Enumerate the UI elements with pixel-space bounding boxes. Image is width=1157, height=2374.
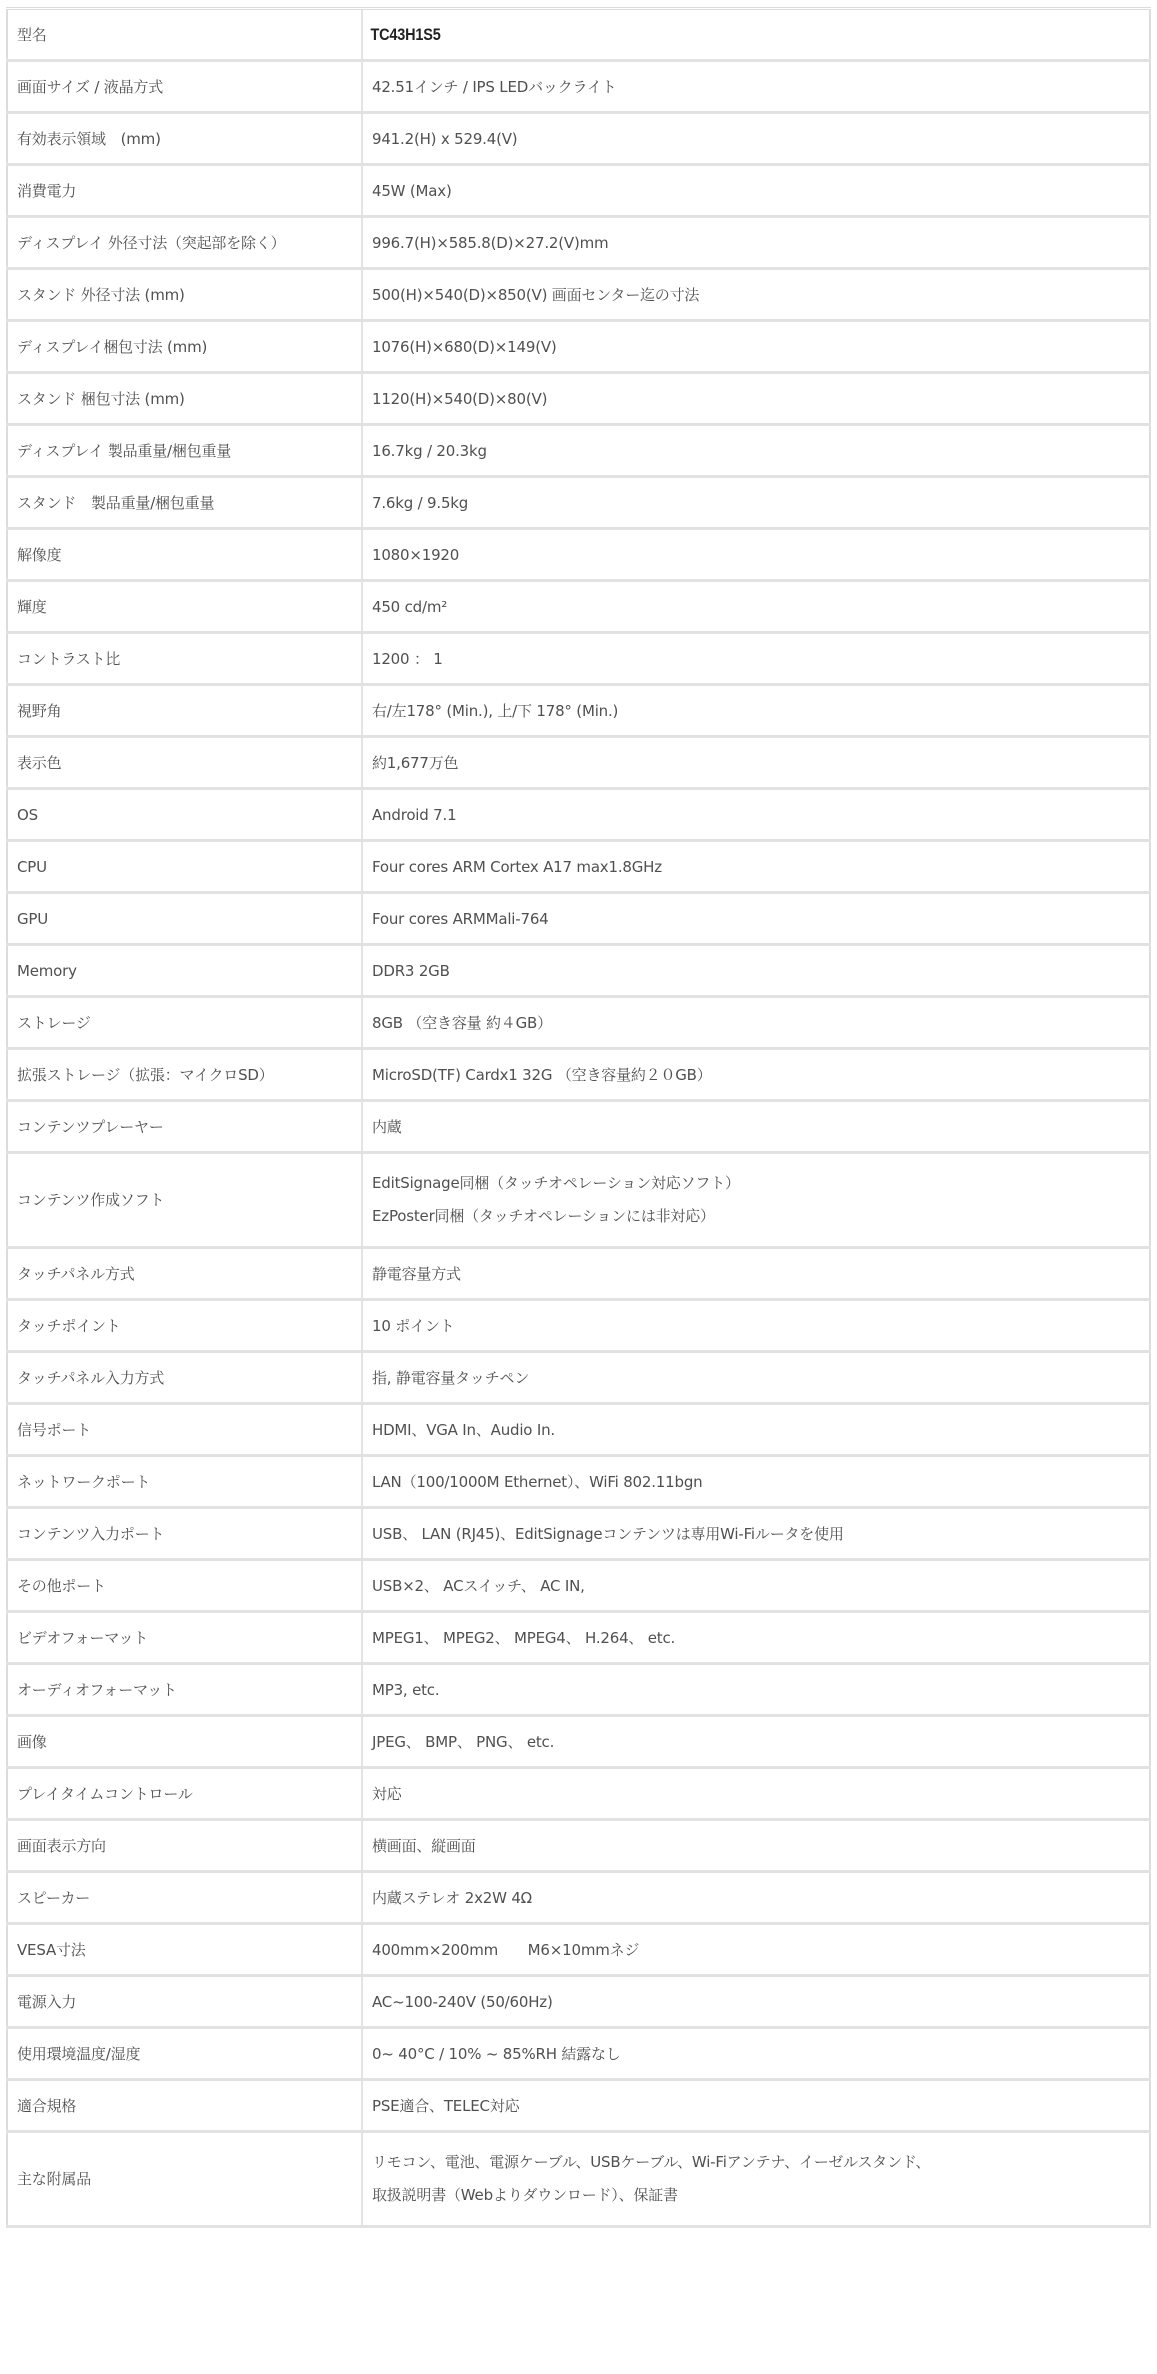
spec-value: リモコン、電池、電源ケーブル、USBケーブル、Wi-Fiアンテナ、イーゼルスタン… [372,2146,1140,2179]
spec-value-cell: 500(H)×540(D)×850(V) 画面センター迄の寸法 [362,269,1150,321]
spec-value: AC~100-240V (50/60Hz) [372,1993,553,2011]
spec-row: 使用環境温度/湿度0~ 40°C / 10% ~ 85%RH 結露なし [7,2028,1150,2080]
spec-value: 400mm×200mm M6×10mmネジ [372,1941,639,1959]
spec-value: 取扱説明書（Webよりダウンロード）、保証書 [372,2179,1140,2212]
spec-value-cell: TC43H1S5 [362,9,1032,61]
spec-value-cell: 約1,677万色 [362,737,1150,789]
spec-label: スピーカー [7,1872,362,1924]
spec-value: 1076(H)×680(D)×149(V) [372,338,557,356]
spec-label: 表示色 [7,737,362,789]
spec-row: コンテンツ入力ポートUSB、 LAN (RJ45)、EditSignageコンテ… [7,1508,1150,1560]
spec-value-cell: USB、 LAN (RJ45)、EditSignageコンテンツは専用Wi-Fi… [362,1508,1150,1560]
spec-row: 消費電力45W (Max) [7,165,1150,217]
spec-value-cell: 内蔵 [362,1101,1150,1153]
spec-value-cell: MPEG1、 MPEG2、 MPEG4、 H.264、 etc. [362,1612,1150,1664]
spec-value: 指, 静電容量タッチペン [372,1369,529,1387]
spec-value-cell: Android 7.1 [362,789,1150,841]
spec-value: 対応 [372,1785,402,1803]
spec-row: オーディオフォーマットMP3, etc. [7,1664,1150,1716]
spec-value: 10 ポイント [372,1317,454,1335]
spec-label: GPU [7,893,362,945]
spec-row: コンテンツ作成ソフトEditSignage同梱（タッチオペレーション対応ソフト）… [7,1153,1150,1248]
spec-value: LAN（100/1000M Ethernet）、WiFi 802.11bgn [372,1473,702,1491]
spec-row: GPUFour cores ARMMali-764 [7,893,1150,945]
spec-label: ディスプレイ 外径寸法（突起部を除く） [7,217,362,269]
spec-value: 1120(H)×540(D)×80(V) [372,390,547,408]
spec-row: ストレージ8GB （空き容量 約４GB） [7,997,1150,1049]
spec-label: VESA寸法 [7,1924,362,1976]
spec-label: 使用環境温度/湿度 [7,2028,362,2080]
spec-value-cell: 10 ポイント [362,1300,1150,1352]
spec-label: コンテンツ作成ソフト [7,1153,362,1248]
spec-value-cell: 内蔵ステレオ 2x2W 4Ω [362,1872,1150,1924]
spec-label: スタンド 梱包寸法 (mm) [7,373,362,425]
spec-label: 解像度 [7,529,362,581]
spec-label: 信号ポート [7,1404,362,1456]
spec-label: ディスプレイ梱包寸法 (mm) [7,321,362,373]
spec-value-cell: 1076(H)×680(D)×149(V) [362,321,1150,373]
spec-table-container: 型名TC43H1S5画面サイズ / 液晶方式42.51インチ / IPS LED… [6,7,1151,2228]
spec-value: 450 cd/m² [372,598,447,616]
spec-label: 型名 [7,9,362,61]
spec-value: JPEG、 BMP、 PNG、 etc. [372,1733,554,1751]
spec-label: CPU [7,841,362,893]
spec-row: VESA寸法400mm×200mm M6×10mmネジ [7,1924,1150,1976]
spec-label: 画面表示方向 [7,1820,362,1872]
spec-value: 約1,677万色 [372,754,458,772]
spec-value-cell: AC~100-240V (50/60Hz) [362,1976,1150,2028]
spec-value-cell: リモコン、電池、電源ケーブル、USBケーブル、Wi-Fiアンテナ、イーゼルスタン… [362,2132,1150,2227]
spec-value-cell: Four cores ARM Cortex A17 max1.8GHz [362,841,1150,893]
spec-row: 画面サイズ / 液晶方式42.51インチ / IPS LEDバックライト [7,61,1150,113]
spec-value: USB、 LAN (RJ45)、EditSignageコンテンツは専用Wi-Fi… [372,1525,844,1543]
spec-label: コンテンツ入力ポート [7,1508,362,1560]
spec-row: タッチパネル入力方式指, 静電容量タッチペン [7,1352,1150,1404]
spec-value: 42.51インチ / IPS LEDバックライト [372,78,616,96]
spec-label: ビデオフォーマット [7,1612,362,1664]
spec-label: 拡張ストレージ（拡張：マイクロSD） [7,1049,362,1101]
spec-value: MP3, etc. [372,1681,439,1699]
spec-value: 1080×1920 [372,546,459,564]
spec-value-cell: Four cores ARMMali-764 [362,893,1150,945]
spec-row: 輝度450 cd/m² [7,581,1150,633]
spec-value: DDR3 2GB [372,962,450,980]
spec-value-cell: 1200 ： 1 [362,633,1150,685]
spec-label: ディスプレイ 製品重量/梱包重量 [7,425,362,477]
spec-row: スピーカー内蔵ステレオ 2x2W 4Ω [7,1872,1150,1924]
spec-value-cell: MP3, etc. [362,1664,1150,1716]
spec-value-cell: 45W (Max) [362,165,1150,217]
spec-value-cell: JPEG、 BMP、 PNG、 etc. [362,1716,1150,1768]
spec-value: MicroSD(TF) Cardx1 32G （空き容量約２０GB） [372,1066,712,1084]
spec-row: 主な附属品リモコン、電池、電源ケーブル、USBケーブル、Wi-Fiアンテナ、イー… [7,2132,1150,2227]
spec-label: 適合規格 [7,2080,362,2132]
spec-value-cell: USB×2、 ACスイッチ、 AC IN, [362,1560,1150,1612]
spec-value-cell: 指, 静電容量タッチペン [362,1352,1150,1404]
spec-row: タッチパネル方式静電容量方式 [7,1248,1150,1300]
spec-value: 静電容量方式 [372,1265,461,1283]
spec-value: 500(H)×540(D)×850(V) 画面センター迄の寸法 [372,286,699,304]
spec-value: Android 7.1 [372,806,456,824]
spec-label: コントラスト比 [7,633,362,685]
spec-row: ディスプレイ梱包寸法 (mm)1076(H)×680(D)×149(V) [7,321,1150,373]
spec-label: 輝度 [7,581,362,633]
spec-value: 内蔵 [372,1118,402,1136]
spec-row: スタンド 梱包寸法 (mm)1120(H)×540(D)×80(V) [7,373,1150,425]
spec-label: ネットワークポート [7,1456,362,1508]
spec-value: Four cores ARM Cortex A17 max1.8GHz [372,858,662,876]
spec-label: タッチポイント [7,1300,362,1352]
spec-row: ビデオフォーマットMPEG1、 MPEG2、 MPEG4、 H.264、 etc… [7,1612,1150,1664]
spec-value: 7.6kg / 9.5kg [372,494,468,512]
spec-value-cell: 7.6kg / 9.5kg [362,477,1150,529]
spec-row: プレイタイムコントロール対応 [7,1768,1150,1820]
spec-value-cell: 42.51インチ / IPS LEDバックライト [362,61,1150,113]
spec-value-cell: 8GB （空き容量 約４GB） [362,997,1150,1049]
spec-value: Four cores ARMMali-764 [372,910,549,928]
spec-value: EzPoster同梱（タッチオペレーションには非対応） [372,1200,1140,1233]
spec-value: HDMI、VGA In、Audio In. [372,1421,555,1439]
spec-value: 996.7(H)×585.8(D)×27.2(V)mm [372,234,608,252]
spec-value-cell: 941.2(H) x 529.4(V) [362,113,1150,165]
spec-row: 拡張ストレージ（拡張：マイクロSD）MicroSD(TF) Cardx1 32G… [7,1049,1150,1101]
spec-value: USB×2、 ACスイッチ、 AC IN, [372,1577,585,1595]
spec-row: スタンド 製品重量/梱包重量7.6kg / 9.5kg [7,477,1150,529]
spec-value: 右/左178° (Min.), 上/下 178° (Min.) [372,702,618,720]
spec-value-cell: 450 cd/m² [362,581,1150,633]
spec-label: OS [7,789,362,841]
spec-label: タッチパネル方式 [7,1248,362,1300]
spec-value-cell: 996.7(H)×585.8(D)×27.2(V)mm [362,217,1150,269]
spec-label: その他ポート [7,1560,362,1612]
spec-row: ディスプレイ 製品重量/梱包重量16.7kg / 20.3kg [7,425,1150,477]
spec-value: 1200 ： 1 [372,650,443,668]
spec-value-cell: 対応 [362,1768,1150,1820]
spec-label: 視野角 [7,685,362,737]
spec-row: コンテンツプレーヤー内蔵 [7,1101,1150,1153]
spec-row: 表示色約1,677万色 [7,737,1150,789]
spec-value: 45W (Max) [372,182,452,200]
spec-row: タッチポイント10 ポイント [7,1300,1150,1352]
spec-table-body: 型名TC43H1S5画面サイズ / 液晶方式42.51インチ / IPS LED… [7,9,1150,2227]
spec-label: ストレージ [7,997,362,1049]
spec-value-cell: HDMI、VGA In、Audio In. [362,1404,1150,1456]
spec-value-cell: DDR3 2GB [362,945,1150,997]
spec-value-cell: 静電容量方式 [362,1248,1150,1300]
spec-row: 視野角右/左178° (Min.), 上/下 178° (Min.) [7,685,1150,737]
spec-label: 電源入力 [7,1976,362,2028]
spec-value: PSE適合、TELEC対応 [372,2097,519,2115]
spec-row: 型名TC43H1S5 [7,9,1150,61]
spec-value: 横画面、縦画面 [372,1837,476,1855]
spec-value-cell: 16.7kg / 20.3kg [362,425,1150,477]
spec-row: 電源入力AC~100-240V (50/60Hz) [7,1976,1150,2028]
spec-value-cell: 1080×1920 [362,529,1150,581]
spec-row: 信号ポートHDMI、VGA In、Audio In. [7,1404,1150,1456]
spec-label: スタンド 製品重量/梱包重量 [7,477,362,529]
spec-label: 有効表示領域 (mm) [7,113,362,165]
spec-label: オーディオフォーマット [7,1664,362,1716]
spec-value: 内蔵ステレオ 2x2W 4Ω [372,1889,532,1907]
spec-value: MPEG1、 MPEG2、 MPEG4、 H.264、 etc. [372,1629,675,1647]
spec-value-cell: PSE適合、TELEC対応 [362,2080,1150,2132]
spec-label: コンテンツプレーヤー [7,1101,362,1153]
spec-row: 画面表示方向横画面、縦画面 [7,1820,1150,1872]
spec-value-cell: EditSignage同梱（タッチオペレーション対応ソフト）EzPoster同梱… [362,1153,1150,1248]
spec-value: 16.7kg / 20.3kg [372,442,487,460]
spec-value-cell: 400mm×200mm M6×10mmネジ [362,1924,1150,1976]
spec-row: 解像度1080×1920 [7,529,1150,581]
spec-row: コントラスト比 1200 ： 1 [7,633,1150,685]
spec-row: スタンド 外径寸法 (mm) 500(H)×540(D)×850(V) 画面セン… [7,269,1150,321]
spec-value-cell: MicroSD(TF) Cardx1 32G （空き容量約２０GB） [362,1049,1150,1101]
spec-value-cell: 右/左178° (Min.), 上/下 178° (Min.) [362,685,1150,737]
spec-value: 0~ 40°C / 10% ~ 85%RH 結露なし [372,2045,621,2063]
spec-row: ネットワークポートLAN（100/1000M Ethernet）、WiFi 80… [7,1456,1150,1508]
spec-value-cell: 横画面、縦画面 [362,1820,1150,1872]
spec-value: 8GB （空き容量 約４GB） [372,1014,552,1032]
spec-label: 消費電力 [7,165,362,217]
spec-label: スタンド 外径寸法 (mm) [7,269,362,321]
spec-row: 有効表示領域 (mm)941.2(H) x 529.4(V) [7,113,1150,165]
spec-label: 画面サイズ / 液晶方式 [7,61,362,113]
spec-table: 型名TC43H1S5画面サイズ / 液晶方式42.51インチ / IPS LED… [6,7,1151,2228]
spec-row: CPUFour cores ARM Cortex A17 max1.8GHz [7,841,1150,893]
spec-row: 画像JPEG、 BMP、 PNG、 etc. [7,1716,1150,1768]
spec-row: 適合規格PSE適合、TELEC対応 [7,2080,1150,2132]
spec-value: 941.2(H) x 529.4(V) [372,130,517,148]
spec-row: ディスプレイ 外径寸法（突起部を除く）996.7(H)×585.8(D)×27.… [7,217,1150,269]
spec-row: その他ポートUSB×2、 ACスイッチ、 AC IN, [7,1560,1150,1612]
spec-label: プレイタイムコントロール [7,1768,362,1820]
spec-label: 主な附属品 [7,2132,362,2227]
spec-label: 画像 [7,1716,362,1768]
spec-label: タッチパネル入力方式 [7,1352,362,1404]
spec-value-cell: 1120(H)×540(D)×80(V) [362,373,1150,425]
spec-value-cell: 0~ 40°C / 10% ~ 85%RH 結露なし [362,2028,1150,2080]
spec-row: OSAndroid 7.1 [7,789,1150,841]
spec-value: EditSignage同梱（タッチオペレーション対応ソフト） [372,1167,1140,1200]
spec-label: Memory [7,945,362,997]
spec-value: TC43H1S5 [371,25,441,44]
spec-row: MemoryDDR3 2GB [7,945,1150,997]
spec-value-cell: LAN（100/1000M Ethernet）、WiFi 802.11bgn [362,1456,1150,1508]
